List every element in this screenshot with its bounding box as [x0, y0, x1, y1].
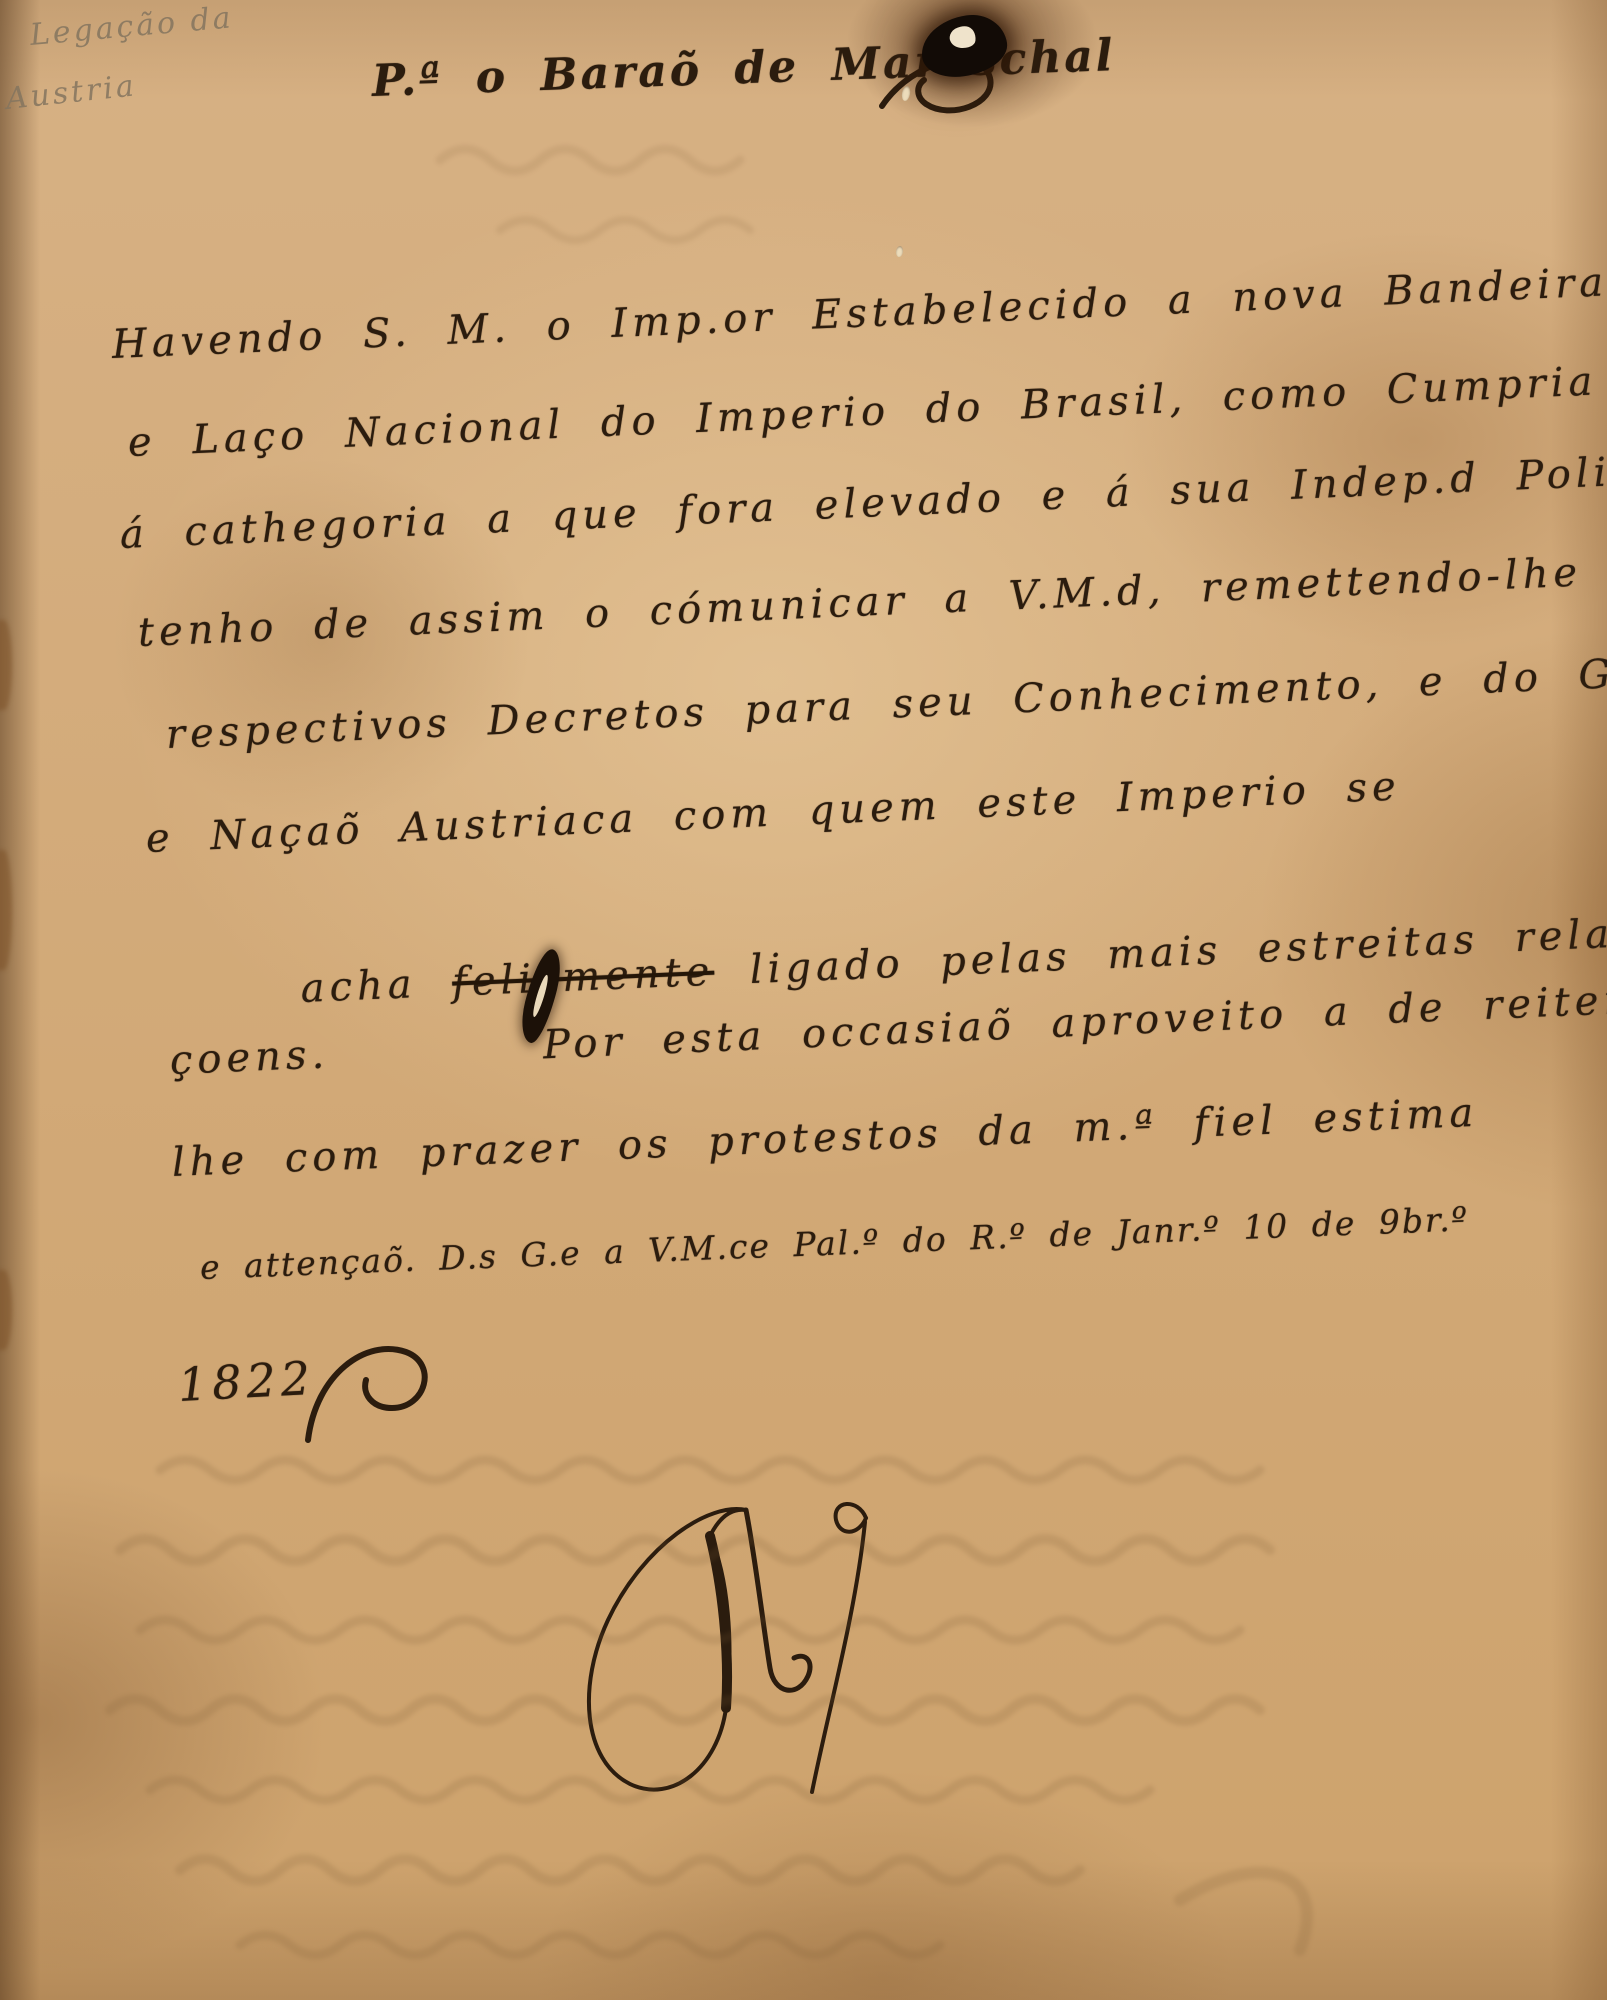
body-line: Havendo S. M. o Imp.or Estabelecido a no…: [111, 259, 1607, 368]
body-line: tenho de assim o cómunicar a V.M.d, reme…: [137, 546, 1607, 656]
body-line: lhe com prazer os protestos da m.ª fiel …: [171, 1090, 1479, 1186]
torn-edge: [0, 620, 12, 710]
body-line: respectivos Decretos para seu Conhecimen…: [165, 647, 1607, 758]
pencil-annotation-line1: Legação da: [28, 0, 234, 53]
manuscript-page: Legação da Austria P.ª o Baraõ de Maresc…: [0, 0, 1607, 2000]
body-line-pre: acha: [300, 960, 453, 1012]
struck-word: felizmente: [451, 949, 715, 1006]
pencil-annotation-line2: Austria: [4, 68, 138, 117]
ghost-bleedthrough: [420, 120, 1120, 260]
ghost-bleedthrough: [0, 1430, 1607, 2000]
body-line: e Naçaõ Austriaca com quem este Imperio …: [145, 763, 1401, 862]
torn-edge: [0, 850, 12, 970]
body-line: e Laço Nacional do Imperio do Brasil, co…: [127, 358, 1598, 466]
torn-edge: [0, 1270, 12, 1350]
body-line: e attençaõ. D.s G.e a V.M.ce Pal.º do R.…: [199, 1199, 1469, 1287]
body-line-post: ligado pelas mais estreitas rela-: [713, 910, 1607, 994]
body-line: á cathegoria a que fora elevado e á sua …: [119, 445, 1607, 558]
